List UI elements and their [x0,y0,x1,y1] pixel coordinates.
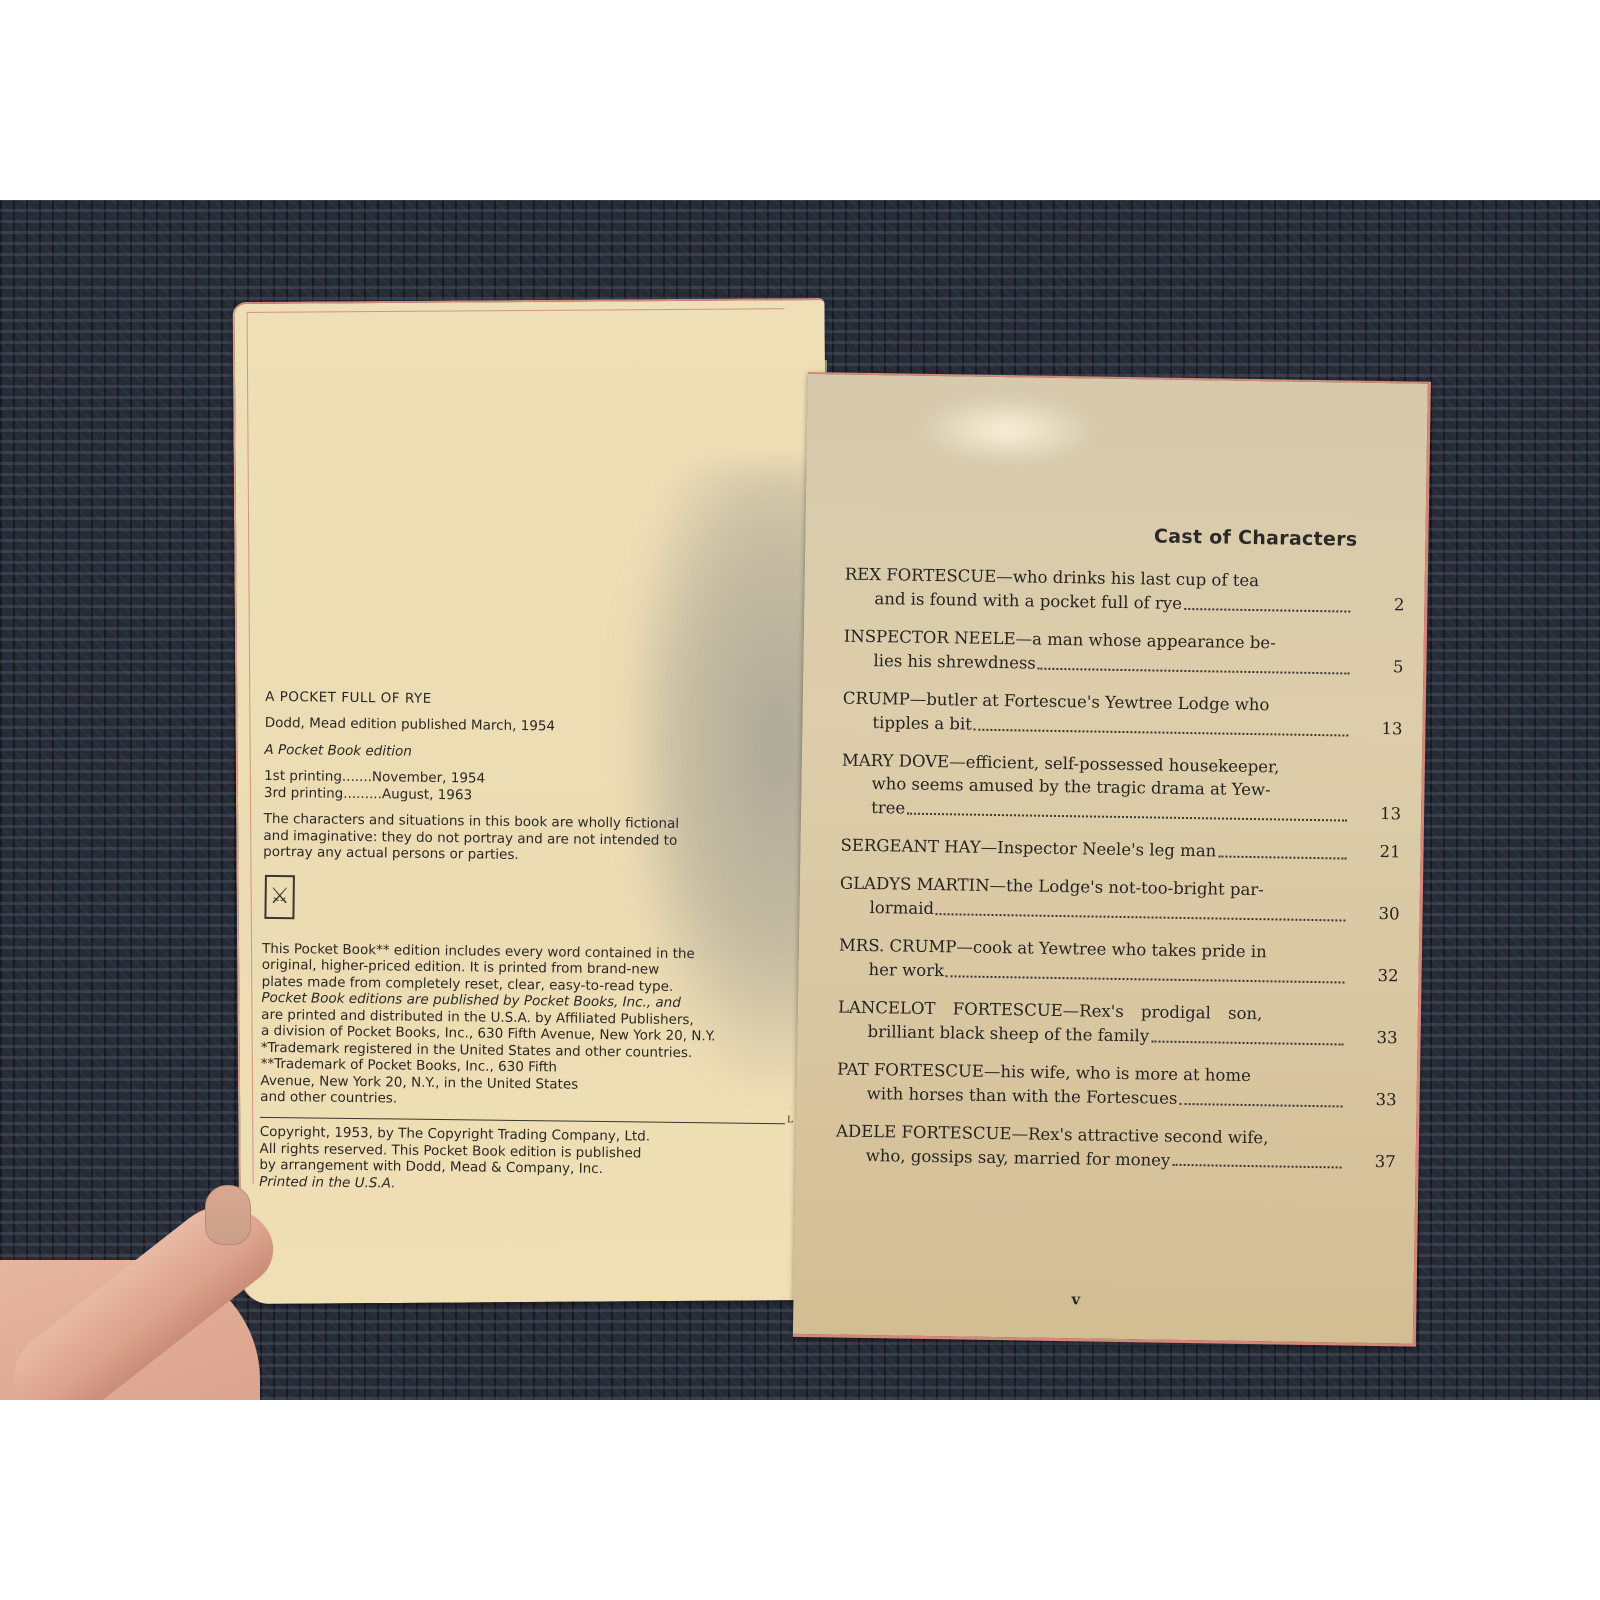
pocket-edition-line: A Pocket Book edition [264,742,784,765]
page-number: 2 [1374,593,1404,617]
cast-entry: PAT FORTESCUE—his wife, who is more at h… [836,1057,1347,1113]
page-number: 33 [1366,1088,1396,1112]
kangaroo-logo-icon: ⚔ [264,875,295,919]
cast-entry: SERGEANT HAY—Inspector Neele's leg man 2… [840,834,1350,866]
copyright-block: A POCKET FULL OF RYE Dodd, Mead edition … [259,689,785,1197]
disclaimer: The characters and situations in this bo… [263,811,704,866]
light-glare [917,394,1098,467]
page-number: 5 [1373,655,1403,679]
cast-heading: Cast of Characters [1154,525,1358,550]
thumbnail [205,1185,251,1245]
rule-mark: L [787,1116,793,1126]
cast-entry: ADELE FORTESCUE—Rex's attractive second … [836,1119,1347,1175]
photo-backdrop: A POCKET FULL OF RYE Dodd, Mead edition … [0,200,1600,1400]
cast-entry: LANCELOT FORTESCUE—Rex's prodigal son, b… [837,995,1348,1051]
cast-entry: GLADYS MARTIN—the Lodge's not-too-bright… [839,872,1350,928]
page-number: 37 [1365,1149,1395,1173]
cast-list: REX FORTESCUE—who drinks his last cup of… [835,563,1355,1189]
page-number: 33 [1367,1026,1397,1050]
cast-entry: INSPECTOR NEELE—a man whose appearance b… [843,624,1354,680]
right-page-cast: Cast of Characters REX FORTESCUE—who dri… [793,372,1431,1347]
divider-rule: L [260,1117,785,1124]
cast-entry: CRUMP—butler at Fortescue's Yewtree Lodg… [842,686,1353,742]
cast-entry: MRS. CRUMP—cook at Yewtree who takes pri… [838,934,1349,990]
edition-line: Dodd, Mead edition published March, 1954 [265,715,785,738]
cast-entry: REX FORTESCUE—who drinks his last cup of… [844,563,1355,619]
page-edge-rule [247,312,254,1184]
cast-entry: MARY DOVE—efficient, self-possessed hous… [841,748,1352,828]
page-number: 30 [1369,902,1399,926]
page-number: 21 [1370,840,1400,864]
left-page-copyright: A POCKET FULL OF RYE Dodd, Mead edition … [233,298,832,1304]
page-number: 13 [1371,802,1401,826]
page-edge-rule [247,308,785,313]
page-number: 13 [1372,717,1402,741]
page-number: 32 [1368,964,1398,988]
page-folio: v [1071,1290,1080,1308]
